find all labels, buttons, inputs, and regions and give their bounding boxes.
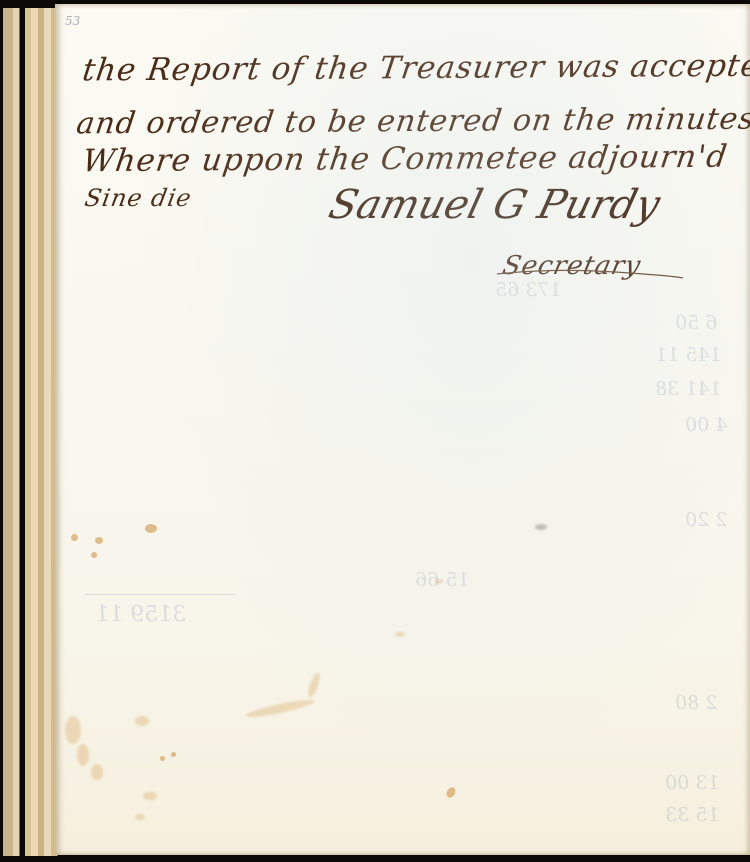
stain: [91, 764, 103, 780]
stain: [143, 792, 157, 800]
stain: [306, 671, 322, 698]
bleed-through-text: 4 00: [683, 414, 728, 436]
signature-flourish-icon: [495, 266, 685, 280]
ledger-rule: [85, 594, 235, 595]
bleed-through-text: 141 38: [653, 378, 723, 400]
bleed-through-text: 145 11: [653, 344, 723, 366]
stain: [71, 534, 78, 541]
stain: [77, 744, 89, 766]
bleed-through-text: 6 50: [673, 312, 718, 334]
minutes-line: Where uppon the Commetee adjourn'd: [80, 139, 730, 179]
page-edges: [3, 8, 57, 856]
page-number: 53: [65, 14, 80, 28]
stain: [135, 814, 145, 820]
stain: [160, 756, 165, 761]
stain: [445, 786, 457, 800]
bleed-through-text: 15 33: [663, 804, 720, 826]
stain: [245, 697, 315, 720]
minutes-line: and ordered to be entered on the minutes…: [74, 102, 750, 142]
bleed-through-text: 2 20: [683, 509, 728, 531]
stain: [535, 524, 547, 530]
stain: [171, 752, 176, 757]
minutes-line: the Report of the Treasurer was accepted: [80, 48, 750, 89]
manuscript-page: 173 65 6 50 145 11 141 38 4 00 2 20 15 6…: [55, 4, 750, 855]
stain: [65, 716, 81, 744]
bleed-through-text: 3159 11: [93, 602, 187, 627]
book-scan: 173 65 6 50 145 11 141 38 4 00 2 20 15 6…: [0, 0, 750, 862]
bleed-through-text: 173 65: [493, 279, 563, 301]
stain: [435, 579, 443, 584]
stain: [395, 632, 405, 637]
stain: [135, 716, 149, 726]
page-edge: [13, 8, 20, 856]
stain: [95, 537, 103, 544]
minutes-line: Sine die: [83, 184, 195, 212]
bleed-through-text: 13 00: [663, 772, 720, 794]
stain: [145, 524, 157, 533]
signature: Samuel G Purdy: [324, 182, 664, 228]
bleed-through-text: 2 80: [673, 692, 718, 714]
stain: [91, 552, 97, 558]
